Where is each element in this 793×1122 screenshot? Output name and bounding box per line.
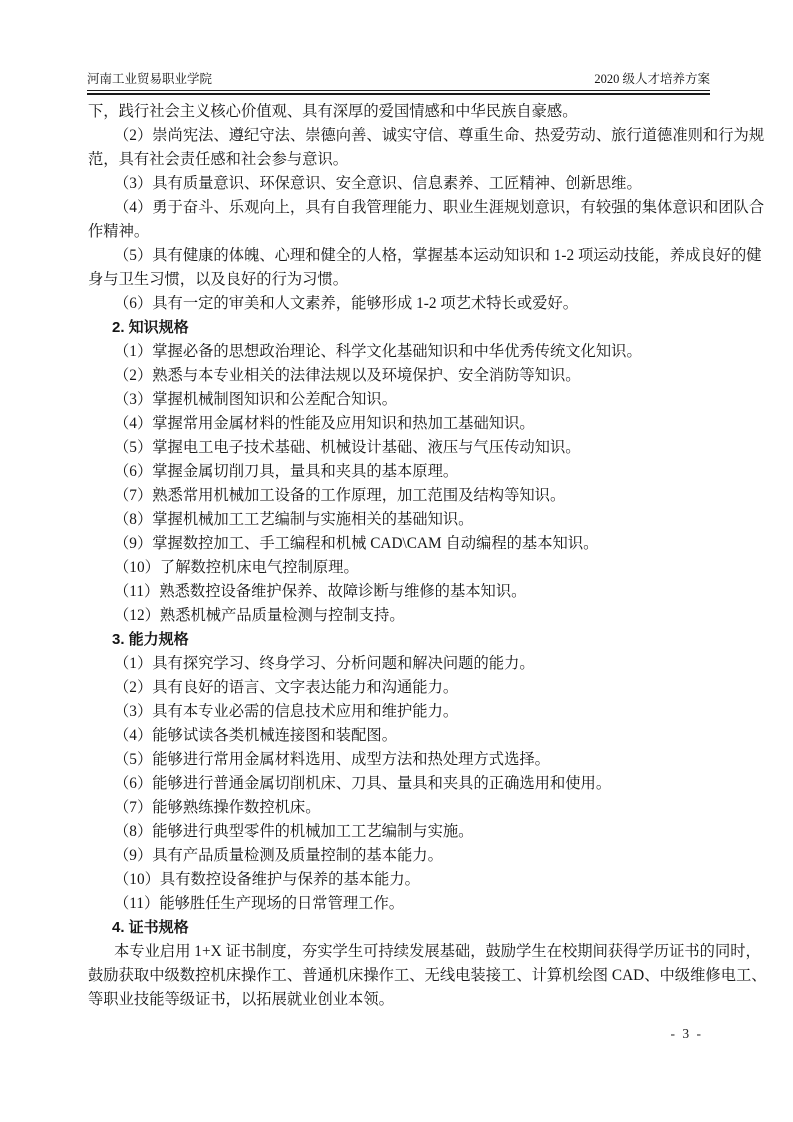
text-line: 等职业技能等级证书，以拓展就业创业本领。 (88, 988, 728, 1012)
text-line: （2）崇尚宪法、遵纪守法、崇德向善、诚实守信、尊重生命、热爱劳动、旅行道德准则和… (88, 124, 728, 148)
text-line: 下，践行社会主义核心价值观、具有深厚的爱国情感和中华民族自豪感。 (88, 100, 728, 124)
text-line: 3. 能力规格 (88, 628, 728, 652)
body-lines: 下，践行社会主义核心价值观、具有深厚的爱国情感和中华民族自豪感。（2）崇尚宪法、… (88, 100, 728, 1012)
text-line: （1）掌握必备的思想政治理论、科学文化基础知识和中华优秀传统文化知识。 (88, 340, 728, 364)
text-line: （11）熟悉数控设备维护保养、故障诊断与维修的基本知识。 (88, 580, 728, 604)
text-line: （2）具有良好的语言、文字表达能力和沟通能力。 (88, 676, 728, 700)
text-line: 4. 证书规格 (88, 916, 728, 940)
text-line: （9）具有产品质量检测及质量控制的基本能力。 (88, 844, 728, 868)
text-line: （6）掌握金属切削刀具，量具和夹具的基本原理。 (88, 460, 728, 484)
text-line: （11）能够胜任生产现场的日常管理工作。 (88, 892, 728, 916)
text-line: （1）具有探究学习、终身学习、分析问题和解决问题的能力。 (88, 652, 728, 676)
text-line: （10）了解数控机床电气控制原理。 (88, 556, 728, 580)
text-line: （8）能够进行典型零件的机械加工工艺编制与实施。 (88, 820, 728, 844)
text-line: （5）能够进行常用金属材料选用、成型方法和热处理方式选择。 (88, 748, 728, 772)
text-line: （7）熟悉常用机械加工设备的工作原理，加工范围及结构等知识。 (88, 484, 728, 508)
text-line: 鼓励获取中级数控机床操作工、普通机床操作工、无线电装接工、计算机绘图 CAD、中… (88, 964, 728, 988)
text-line: 本专业启用 1+X 证书制度，夯实学生可持续发展基础，鼓励学生在校期间获得学历证… (88, 940, 728, 964)
text-line: （3）掌握机械制图知识和公差配合知识。 (88, 388, 728, 412)
page-number: - 3 - (671, 1026, 704, 1042)
text-line: 范，具有社会责任感和社会参与意识。 (88, 148, 728, 172)
header-divider-rule (87, 90, 710, 95)
text-line: （5）掌握电工电子技术基础、机械设计基础、液压与气压传动知识。 (88, 436, 728, 460)
text-line: （9）掌握数控加工、手工编程和机械 CAD\CAM 自动编程的基本知识。 (88, 532, 728, 556)
page-header: 河南工业贸易职业学院 2020 级人才培养方案 (87, 71, 710, 88)
text-line: （6）具有一定的审美和人文素养，能够形成 1-2 项艺术特长或爱好。 (88, 292, 728, 316)
header-school-name: 河南工业贸易职业学院 (87, 71, 212, 88)
text-line: 作精神。 (88, 220, 728, 244)
text-line: （4）勇于奋斗、乐观向上，具有自我管理能力、职业生涯规划意识，有较强的集体意识和… (88, 196, 728, 220)
text-line: （5）具有健康的体魄、心理和健全的人格，掌握基本运动知识和 1-2 项运动技能，… (88, 244, 728, 268)
text-line: （10）具有数控设备维护与保养的基本能力。 (88, 868, 728, 892)
document-page: 河南工业贸易职业学院 2020 级人才培养方案 下，践行社会主义核心价值观、具有… (0, 0, 793, 1122)
header-doc-title: 2020 级人才培养方案 (594, 71, 710, 88)
text-line: （12）熟悉机械产品质量检测与控制支持。 (88, 604, 728, 628)
text-line: （6）能够进行普通金属切削机床、刀具、量具和夹具的正确选用和使用。 (88, 772, 728, 796)
text-line: （2）熟悉与本专业相关的法律法规以及环境保护、安全消防等知识。 (88, 364, 728, 388)
text-line: 身与卫生习惯，以及良好的行为习惯。 (88, 268, 728, 292)
text-line: （3）具有本专业必需的信息技术应用和维护能力。 (88, 700, 728, 724)
text-line: （4）能够试读各类机械连接图和装配图。 (88, 724, 728, 748)
text-line: （4）掌握常用金属材料的性能及应用知识和热加工基础知识。 (88, 412, 728, 436)
text-line: （7）能够熟练操作数控机床。 (88, 796, 728, 820)
text-line: （8）掌握机械加工工艺编制与实施相关的基础知识。 (88, 508, 728, 532)
text-line: （3）具有质量意识、环保意识、安全意识、信息素养、工匠精神、创新思维。 (88, 172, 728, 196)
text-line: 2. 知识规格 (88, 316, 728, 340)
